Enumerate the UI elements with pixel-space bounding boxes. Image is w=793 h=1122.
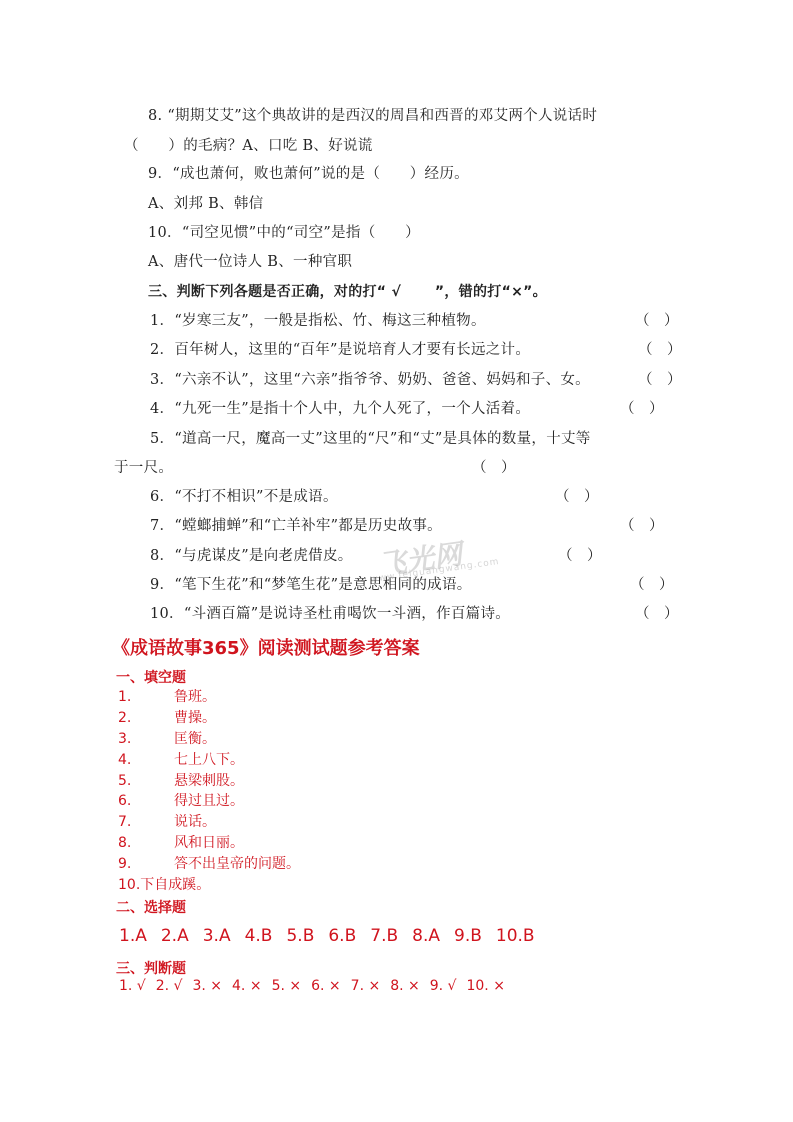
- judge-item-2: 2．百年树人，这里的“百年”是说培育人才要有长远之计。: [150, 340, 530, 360]
- judge-answer: 1. √: [119, 978, 146, 994]
- fill-answer-number: 9.: [118, 855, 174, 873]
- judge-section-heading: 三、判断下列各题是否正确，对的打“ √ ”，错的打“×”。: [148, 282, 547, 302]
- judge-item-7: 7．“螳螂捕蝉”和“亡羊补牢”都是历史故事。: [150, 516, 442, 536]
- fill-answer-text: 匡衡。: [174, 731, 216, 747]
- choice-answer: 3.A: [203, 926, 231, 946]
- judge-item-9: 9．“笔下生花”和“梦笔生花”是意思相同的成语。: [150, 575, 472, 595]
- fill-answer-9: 9.答不出皇帝的问题。: [118, 855, 300, 873]
- judge-item-5: 5．“道高一尺，魔高一丈”这里的“尺”和“丈”是具体的数量，十丈等: [150, 429, 591, 449]
- fill-answer-number: 8.: [118, 834, 174, 852]
- choice-answer: 10.B: [496, 926, 535, 946]
- judge-answer: 10. ×: [466, 978, 504, 994]
- judge-item-6-blank[interactable]: （ ）: [555, 487, 599, 507]
- judge-answer: 2. √: [156, 978, 183, 994]
- question-9-line1: 9．“成也萧何，败也萧何”说的是（ ）经历。: [148, 164, 469, 184]
- question-10-line1: 10．“司空见惯”中的“司空”是指（ ）: [148, 223, 420, 243]
- fill-answer-8: 8.风和日丽。: [118, 834, 244, 852]
- choice-answer: 2.A: [161, 926, 189, 946]
- fill-answer-3: 3.匡衡。: [118, 730, 216, 748]
- judge-item-6: 6．“不打不相识”不是成语。: [150, 487, 338, 507]
- question-8-line1: 8. “期期艾艾”这个典故讲的是西汉的周昌和西晋的邓艾两个人说话时: [148, 106, 597, 126]
- judge-item-10: 10．“斗酒百篇”是说诗圣杜甫喝饮一斗酒，作百篇诗。: [150, 604, 510, 624]
- fill-answer-1: 1.鲁班。: [118, 688, 216, 706]
- fill-answer-number: 7.: [118, 813, 174, 831]
- judge-answer: 7. ×: [351, 978, 381, 994]
- fill-answer-text: 下自成蹊。: [140, 877, 210, 893]
- fill-answer-10: 10.下自成蹊。: [118, 876, 210, 894]
- fill-answer-text: 曹操。: [174, 710, 216, 726]
- judge-item-3: 3．“六亲不认”，这里“六亲”指爷爷、奶奶、爸爸、妈妈和子、女。: [150, 370, 590, 390]
- judge-item-9-blank[interactable]: （ ）: [630, 575, 674, 595]
- fill-answer-6: 6.得过且过。: [118, 792, 244, 810]
- judge-item-3-blank[interactable]: （ ）: [638, 370, 682, 390]
- fill-answer-number: 1.: [118, 688, 174, 706]
- choice-answer: 5.B: [286, 926, 314, 946]
- fill-answer-7: 7.说话。: [118, 813, 216, 831]
- fill-answer-text: 得过且过。: [174, 793, 244, 809]
- fill-answer-number: 6.: [118, 792, 174, 810]
- judge-answers-row: 1. √2. √3. ×4. ×5. ×6. ×7. ×8. ×9. √10. …: [119, 978, 515, 994]
- choice-answer: 7.B: [370, 926, 398, 946]
- question-10-options: A、唐代一位诗人 B、一种官职: [148, 252, 352, 272]
- question-9-options: A、刘邦 B、韩信: [148, 194, 263, 214]
- judge-item-1: 1．“岁寒三友”，一般是指松、竹、梅这三种植物。: [150, 311, 486, 331]
- judge-answer: 4. ×: [232, 978, 262, 994]
- judge-item-2-blank[interactable]: （ ）: [638, 340, 682, 360]
- fill-answer-number: 2.: [118, 709, 174, 727]
- judge-item-5-blank[interactable]: （ ）: [472, 458, 516, 478]
- answers-choice-heading: 二、选择题: [116, 897, 186, 917]
- judge-answer: 3. ×: [192, 978, 222, 994]
- judge-item-5-cont: 于一尺。: [114, 458, 173, 478]
- fill-answer-5: 5.悬梁刺股。: [118, 772, 244, 790]
- judge-answer: 5. ×: [272, 978, 302, 994]
- fill-answer-text: 风和日丽。: [174, 835, 244, 851]
- choice-answer: 6.B: [328, 926, 356, 946]
- judge-answer: 8. ×: [390, 978, 420, 994]
- fill-answer-text: 七上八下。: [174, 752, 244, 768]
- answers-title: 《成语故事365》阅读测试题参考答案: [112, 634, 420, 660]
- fill-answer-text: 悬梁刺股。: [174, 773, 244, 789]
- choice-answer: 4.B: [245, 926, 273, 946]
- fill-answer-number: 10.: [118, 877, 140, 893]
- answers-judge-heading: 三、判断题: [116, 958, 186, 978]
- judge-item-4: 4．“九死一生”是指十个人中，九个人死了，一个人活着。: [150, 399, 530, 419]
- answers-fill-heading: 一、填空题: [116, 667, 186, 687]
- document-page: 8. “期期艾艾”这个典故讲的是西汉的周昌和西晋的邓艾两个人说话时 （ ）的毛病…: [0, 0, 793, 1122]
- judge-item-1-blank[interactable]: （ ）: [635, 311, 679, 331]
- choice-answer: 8.A: [412, 926, 440, 946]
- fill-answer-number: 5.: [118, 772, 174, 790]
- fill-answer-number: 3.: [118, 730, 174, 748]
- judge-item-10-blank[interactable]: （ ）: [635, 604, 679, 624]
- choice-answer: 1.A: [119, 926, 147, 946]
- fill-answer-text: 答不出皇帝的问题。: [174, 856, 300, 872]
- judge-item-8-blank[interactable]: （ ）: [558, 546, 602, 566]
- fill-answer-text: 说话。: [174, 814, 216, 830]
- fill-answer-number: 4.: [118, 751, 174, 769]
- fill-answer-text: 鲁班。: [174, 689, 216, 705]
- judge-item-7-blank[interactable]: （ ）: [620, 516, 664, 536]
- question-8-line2: （ ）的毛病？A、口吃 B、好说谎: [124, 136, 373, 156]
- fill-answer-4: 4.七上八下。: [118, 751, 244, 769]
- judge-answer: 6. ×: [311, 978, 341, 994]
- choice-answers-row: 1.A2.A3.A4.B5.B6.B7.B8.A9.B10.B: [119, 926, 549, 946]
- choice-answer: 9.B: [454, 926, 482, 946]
- judge-item-4-blank[interactable]: （ ）: [620, 399, 664, 419]
- judge-item-8: 8．“与虎谋皮”是向老虎借皮。: [150, 546, 353, 566]
- judge-answer: 9. √: [430, 978, 457, 994]
- fill-answer-2: 2.曹操。: [118, 709, 216, 727]
